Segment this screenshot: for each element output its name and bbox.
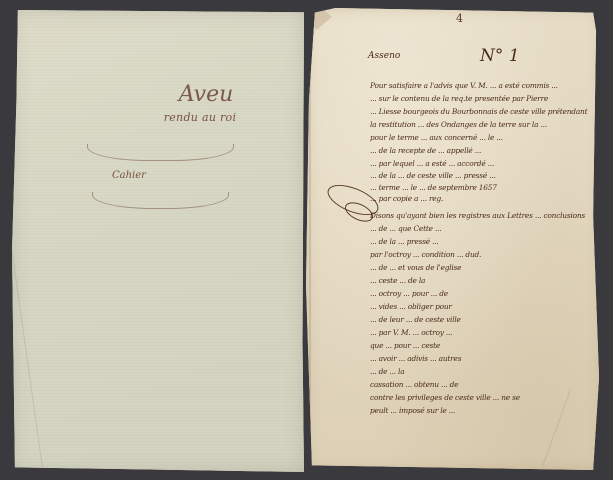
manuscript-line: ... Liesse bourgeois du Bourbonnais de c… bbox=[370, 107, 598, 116]
manuscript-line: que ... pour ... ceste bbox=[370, 341, 598, 350]
manuscript-line: ... ceste ... de la bbox=[370, 276, 598, 285]
cover-title-line-2: rendu au roi bbox=[130, 111, 270, 124]
manuscript-line: cassation ... obtenu ... de bbox=[370, 380, 598, 389]
manuscript-line: ... terme ... le ... de septembre 1657 bbox=[370, 183, 598, 192]
manuscript-line: ... par copie a ... reg. bbox=[370, 194, 598, 203]
right-page-manuscript: 4 Asseno N° 1 Pour satisfaire a l'advis … bbox=[306, 8, 602, 470]
document-number: N° 1 bbox=[480, 46, 520, 66]
torn-corner bbox=[306, 8, 332, 30]
manuscript-line: pour le terme ... aux concerné ... le ..… bbox=[370, 133, 598, 142]
cover-title-line-3: Cahier bbox=[112, 170, 146, 181]
manuscript-line: par l'octroy ... condition ... dud. bbox=[370, 250, 598, 259]
manuscript-line: ... de la ... pressé ... bbox=[370, 237, 598, 246]
manuscript-line: ... octroy ... pour ... de bbox=[370, 289, 598, 298]
flourish-decoration bbox=[87, 144, 234, 161]
manuscript-line: contre les privileges de ceste ville ...… bbox=[370, 393, 598, 402]
manuscript-line: ... avoir ... adivis ... autres bbox=[370, 354, 598, 363]
manuscript-line: Disons qu'ayant bien les registres aux L… bbox=[370, 211, 598, 220]
fold-line bbox=[309, 8, 311, 470]
manuscript-line: la restitution ... des Ondanges de la te… bbox=[370, 120, 598, 129]
folio-mark: 4 bbox=[456, 12, 463, 25]
manuscript-line: ... de ... et vous de l'eglise bbox=[370, 263, 598, 272]
manuscript-line: ... vides ... obliger pour bbox=[370, 302, 598, 311]
paper-crease bbox=[6, 211, 43, 469]
header-left-word: Asseno bbox=[368, 51, 400, 61]
cover-title-block: Aveu rendu au roi bbox=[130, 82, 270, 124]
cover-title-line-1: Aveu bbox=[142, 82, 270, 107]
manuscript-line: ... de leur ... de ceste ville bbox=[370, 315, 598, 324]
manuscript-line: ... par V. M. ... octroy ... bbox=[370, 328, 598, 337]
manuscript-line: ... de ... que Cette ... bbox=[370, 224, 598, 233]
manuscript-line: ... de la ... de ceste ville ... pressé … bbox=[370, 171, 598, 180]
manuscript-line: Pour satisfaire a l'advis que V. M. ... … bbox=[370, 81, 598, 90]
manuscript-line: ... de la recepte de ... appellé ... bbox=[370, 146, 598, 155]
left-page-cover: Aveu rendu au roi Cahier bbox=[12, 10, 304, 472]
manuscript-line: ... par lequel ... a esté ... accordé ..… bbox=[370, 159, 598, 168]
flourish-decoration bbox=[92, 192, 229, 209]
manuscript-line: ... sur le contenu de la req.te presenté… bbox=[370, 94, 598, 103]
manuscript-line: ... de ... la bbox=[370, 367, 598, 376]
